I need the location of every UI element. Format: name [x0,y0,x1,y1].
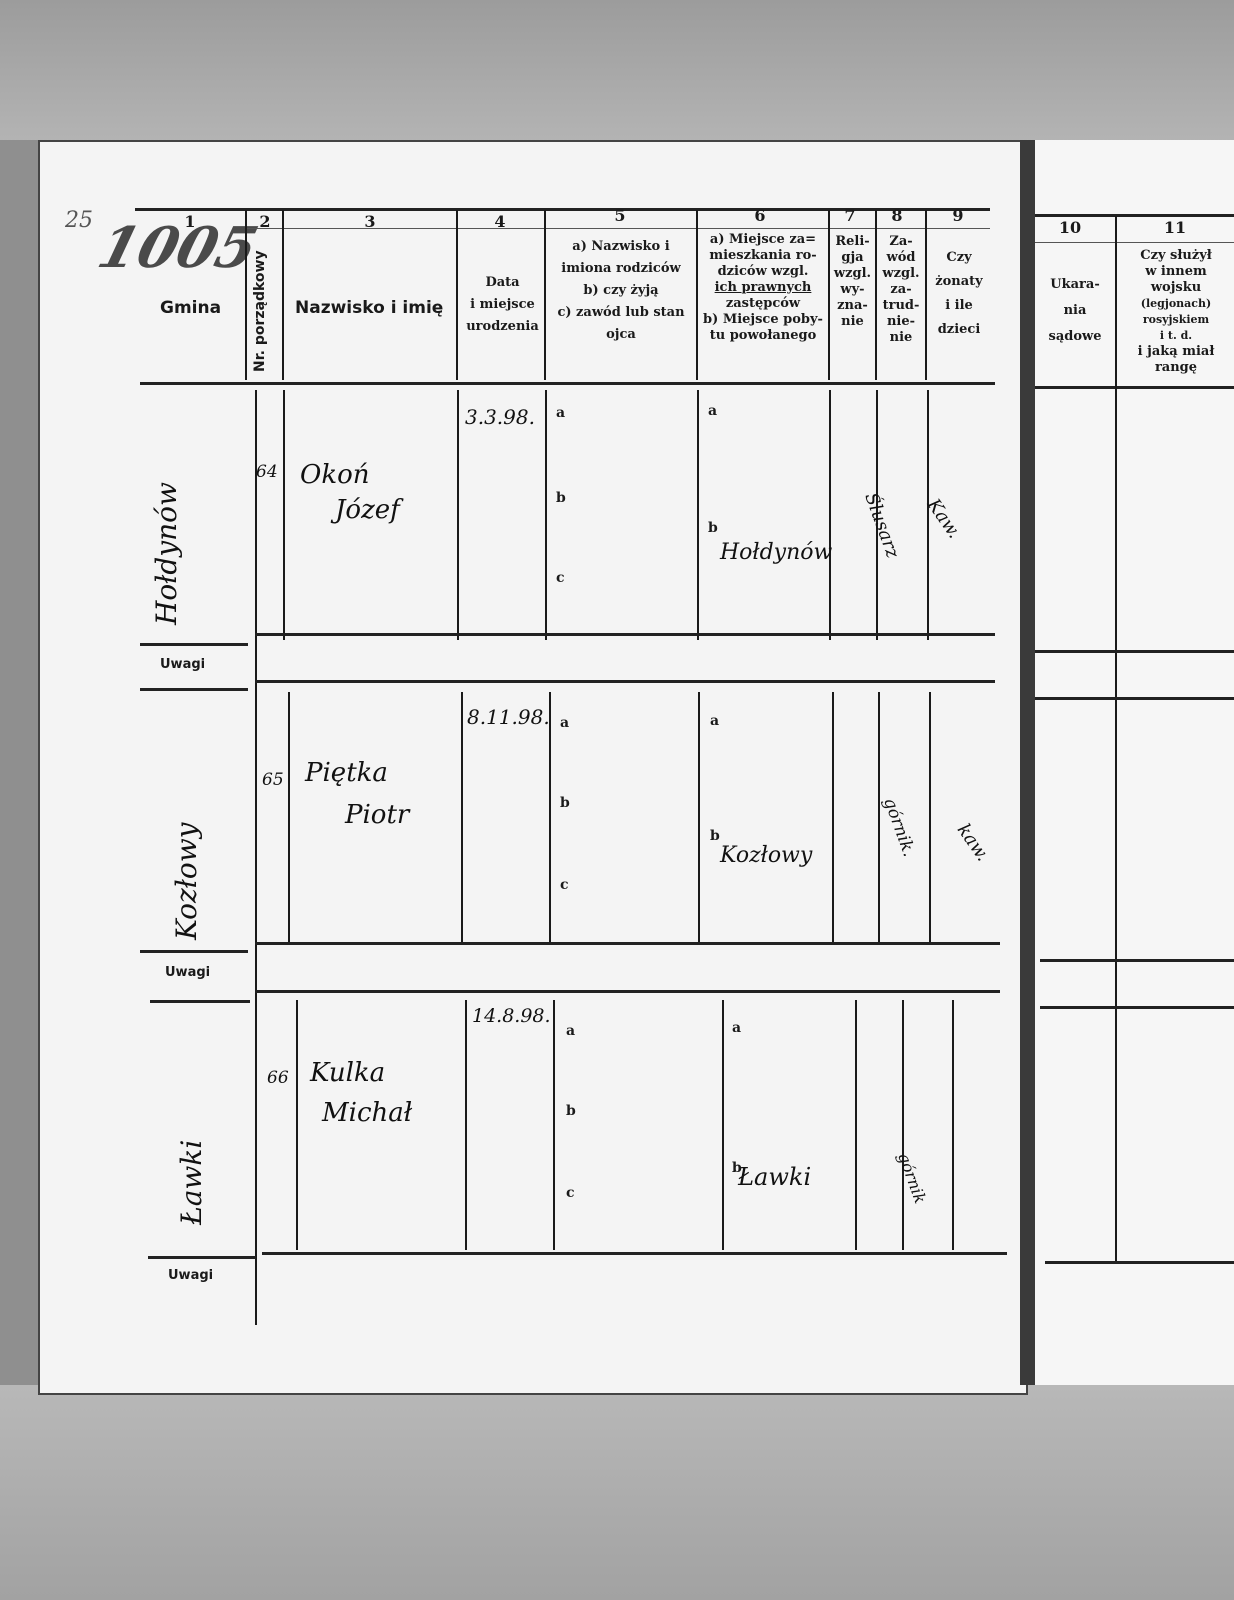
column-divider [878,692,880,944]
column-number-11: 11 [1160,218,1190,237]
sub-label-c: c [560,877,569,893]
column-number-9: 9 [948,206,968,225]
header-nr-porzadkowy: Nr. porządkowy [252,250,268,372]
column-divider [929,692,931,944]
header-line: wód [877,250,925,266]
column-divider [696,210,698,380]
header-sluzba-wojskowa: Czy służył w innem wojsku (legjonach) ro… [1118,248,1234,376]
record-birth-date: 3.3.98. [465,405,535,429]
gmina-divider [255,390,257,1325]
header-czy-zonaty: Czy żonaty i ile dzieci [928,246,990,342]
column-divider [456,210,458,380]
header-number-rule [245,228,990,229]
sub-label-a: a [560,715,569,731]
header-line: a) Miejsce za= [698,232,828,248]
column-divider [697,390,699,640]
sub-label-a: a [732,1020,741,1036]
column-divider [245,210,247,380]
remarks-bottom-rule [150,1000,250,1003]
record-gmina: Ławki [175,1140,208,1225]
header-line: trud- [877,298,925,314]
header-zawod: Za- wód wzgl. za- trud- nie- nie [877,234,925,346]
column-number-1: 1 [180,212,200,231]
header-line: (legjonach) [1118,296,1234,312]
remarks-label: Uwagi [168,1268,213,1283]
column-divider [902,1000,904,1250]
column-divider [457,390,459,640]
header-line: c) zawód lub stan [546,302,696,324]
header-miejsce-zamieszkania: a) Miejsce za= mieszkania ro- dziców wzg… [698,232,828,344]
sub-label-a: a [566,1023,575,1039]
record-residence: Kozłowy [720,843,812,868]
header-gmina: Gmina [160,298,221,318]
header-line: b) czy żyją [546,280,696,302]
column-number-10: 10 [1055,218,1085,237]
remarks-bottom-rule [255,990,1000,993]
header-line: i miejsce [460,294,545,316]
header-line: dzieci [928,318,990,342]
record-surname: Okoń [300,460,369,490]
header-line: zna- [830,298,875,314]
record-first-name: Józef [335,495,400,525]
header-line: urodzenia [460,316,545,338]
remarks-label: Uwagi [160,657,205,672]
record-first-name: Piotr [345,800,409,830]
header-line: mieszkania ro- [698,248,828,264]
column-number-3: 3 [360,212,380,231]
header-line: sądowe [1035,324,1115,350]
column-divider [722,1000,724,1250]
archive-number-large: 1005 [91,215,265,281]
header-line: rosyjskiem [1118,312,1234,328]
record-first-name: Michał [322,1098,412,1128]
column-divider [828,210,830,380]
column-divider [875,210,877,380]
record-bottom-rule [255,633,995,636]
header-number-rule-right [1035,242,1234,243]
column-divider [829,390,831,640]
right-record-rule [1035,697,1234,700]
sub-label-b: b [566,1103,576,1119]
column-divider [296,1000,298,1250]
header-line: i t. d. [1118,328,1234,344]
sub-label-b: b [710,828,720,844]
column-number-8: 8 [887,206,907,225]
column-divider [952,1000,954,1250]
column-divider [545,390,547,640]
header-line: wy- [830,282,875,298]
header-line: a) Nazwisko i [546,236,696,258]
remarks-top-rule [140,643,248,646]
header-line: wzgl. [877,266,925,282]
remarks-bottom-rule [255,680,995,683]
header-line: Data [460,272,545,294]
header-religia: Reli- gja wzgl. wy- zna- nie [830,234,875,330]
remarks-label: Uwagi [165,965,210,980]
sub-label-a: a [708,403,717,419]
record-bottom-rule [255,942,1000,945]
header-line: wojsku [1118,280,1234,296]
scan-background-top [0,0,1234,150]
header-data-urodzenia: Data i miejsce urodzenia [460,272,545,338]
header-line: i jaką miał [1118,344,1234,360]
record-nr: 66 [267,1068,289,1088]
sub-label-a: a [556,405,565,421]
header-line: Reli- [830,234,875,250]
record-gmina: Hołdynów [150,482,183,625]
right-record-rule [1040,1006,1234,1009]
column-divider [544,210,546,380]
sub-label-b: b [560,795,570,811]
header-top-rule-right [1035,214,1234,217]
column-divider [553,1000,555,1250]
column-divider [282,210,284,380]
header-line: dziców wzgl. [698,264,828,280]
column-number-6: 6 [750,206,770,225]
record-birth-date: 14.8.98. [472,1005,551,1027]
header-nazwisko-imie: Nazwisko i imię [295,298,443,318]
header-line: ich prawnych [698,280,828,296]
sub-label-a: a [710,713,719,729]
header-line: nie- [877,314,925,330]
column-divider [465,1000,467,1250]
column-divider [855,1000,857,1250]
sub-label-b: b [556,490,566,506]
header-line: Czy służył [1118,248,1234,264]
right-record-rule [1045,1261,1234,1264]
header-bottom-rule-right [1035,386,1234,389]
header-line: gja [830,250,875,266]
column-number-2: 2 [255,212,275,231]
header-line: i ile [928,294,990,318]
record-residence: Ławki [738,1163,811,1191]
column-divider [698,692,700,944]
column-divider [288,692,290,944]
column-number-7: 7 [840,206,860,225]
header-line: Ukara- [1035,272,1115,298]
header-line: Czy [928,246,990,270]
column-divider [461,692,463,944]
right-record-rule [1035,650,1234,653]
header-line: tu powołanego [698,328,828,344]
record-bottom-rule [262,1252,1007,1255]
header-line: w innem [1118,264,1234,280]
remarks-bottom-rule [140,688,248,691]
column-number-5: 5 [610,206,630,225]
column-number-4: 4 [490,212,510,231]
header-line: imiona rodziców [546,258,696,280]
column-divider [283,390,285,640]
column-divider-right [1115,216,1117,1261]
header-line: za- [877,282,925,298]
header-line: ojca [546,324,696,346]
record-surname: Piętka [305,758,388,788]
header-line: nie [830,314,875,330]
sub-label-c: c [566,1185,575,1201]
column-divider [549,692,551,944]
sub-label-c: c [556,570,565,586]
header-bottom-rule [140,382,995,385]
header-line: żonaty [928,270,990,294]
record-nr: 65 [262,770,284,790]
right-record-rule [1040,959,1234,962]
remarks-top-rule [140,950,248,953]
column-divider [925,210,927,380]
header-line: Za- [877,234,925,250]
header-line: rangę [1118,360,1234,376]
record-nr: 64 [256,462,278,482]
header-line: nia [1035,298,1115,324]
record-birth-date: 8.11.98. [467,705,550,729]
record-gmina: Kozłowy [170,823,203,941]
header-line: nie [877,330,925,346]
header-rodzice: a) Nazwisko i imiona rodziców b) czy żyj… [546,236,696,346]
column-divider [832,692,834,944]
header-ukarania: Ukara- nia sądowe [1035,272,1115,350]
record-residence: Hołdynów [720,540,832,565]
record-surname: Kulka [310,1058,385,1088]
remarks-top-rule [148,1256,256,1259]
archive-number-small: 25 [65,208,93,233]
scan-background-bottom [0,1385,1234,1600]
sub-label-b: b [708,520,718,536]
header-line: b) Miejsce poby- [698,312,828,328]
header-line: zastępców [698,296,828,312]
header-line: wzgl. [830,266,875,282]
header-top-rule [135,208,990,211]
